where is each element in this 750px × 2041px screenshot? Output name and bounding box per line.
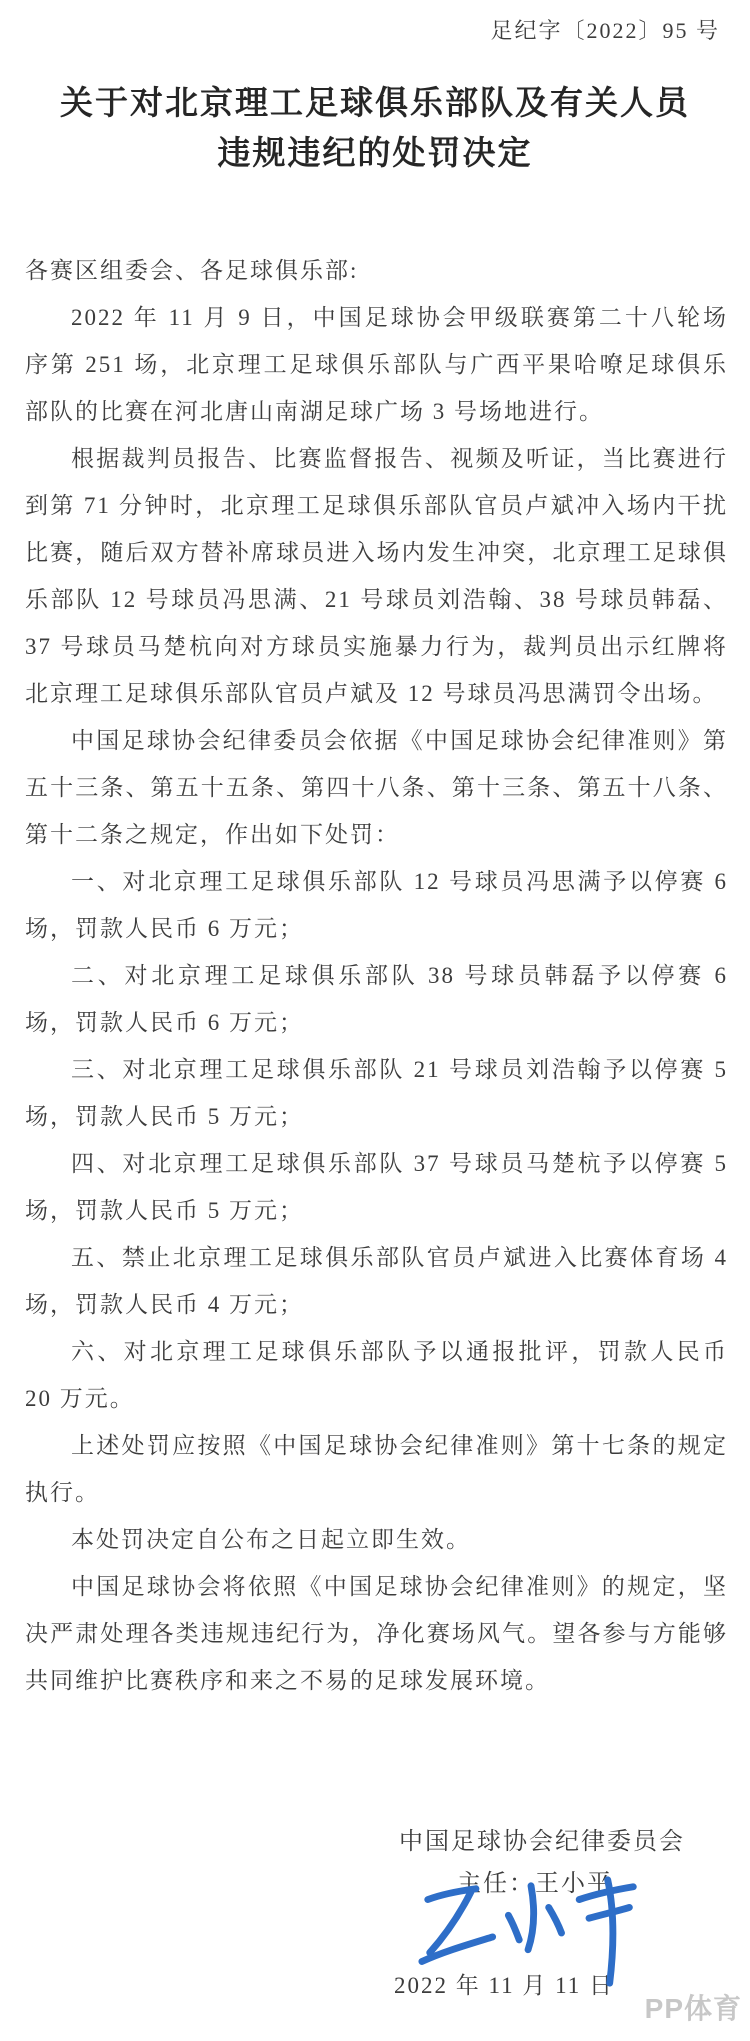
document-title-line-1: 关于对北京理工足球俱乐部队及有关人员 bbox=[0, 79, 750, 129]
paragraph-incident-description: 根据裁判员报告、比赛监督报告、视频及听证，当比赛进行到第 71 分钟时，北京理工… bbox=[25, 435, 728, 717]
penalty-item-6: 六、对北京理工足球俱乐部队予以通报批评，罚款人民币 20 万元。 bbox=[25, 1328, 728, 1422]
signature-block: 中国足球协会纪律委员会 主任：王小平 2022 年 11 月 11 日 bbox=[362, 1822, 722, 2006]
document-title-line-2: 违规违纪的处罚决定 bbox=[0, 129, 750, 179]
salutation: 各赛区组委会、各足球俱乐部: bbox=[25, 247, 728, 294]
document-page: { "page": { "background": "#ffffff", "te… bbox=[0, 0, 750, 2041]
paragraph-execution-clause: 上述处罚应按照《中国足球协会纪律准则》第十七条的规定执行。 bbox=[25, 1422, 728, 1516]
penalty-item-4: 四、对北京理工足球俱乐部队 37 号球员马楚杭予以停赛 5 场，罚款人民币 5 … bbox=[25, 1140, 728, 1234]
document-body: 各赛区组委会、各足球俱乐部: 2022 年 11 月 9 日，中国足球协会甲级联… bbox=[0, 247, 750, 1704]
document-title: 关于对北京理工足球俱乐部队及有关人员 违规违纪的处罚决定 bbox=[0, 79, 750, 179]
penalty-item-5: 五、禁止北京理工足球俱乐部队官员卢斌进入比赛体育场 4 场，罚款人民币 4 万元… bbox=[25, 1234, 728, 1328]
penalty-item-1: 一、对北京理工足球俱乐部队 12 号球员冯思满予以停赛 6 场，罚款人民币 6 … bbox=[25, 858, 728, 952]
penalty-item-2: 二、对北京理工足球俱乐部队 38 号球员韩磊予以停赛 6 场，罚款人民币 6 万… bbox=[25, 952, 728, 1046]
pp-sports-watermark: PP体育 bbox=[645, 1987, 742, 2027]
paragraph-rules-basis: 中国足球协会纪律委员会依据《中国足球协会纪律准则》第五十三条、第五十五条、第四十… bbox=[25, 717, 728, 858]
paragraph-effective-date: 本处罚决定自公布之日起立即生效。 bbox=[25, 1516, 728, 1563]
signature-signer-label: 主任：王小平 bbox=[362, 1864, 722, 1904]
penalty-item-3: 三、对北京理工足球俱乐部队 21 号球员刘浩翰予以停赛 5 场，罚款人民币 5 … bbox=[25, 1046, 728, 1140]
document-number: 足纪字〔2022〕95 号 bbox=[0, 0, 750, 45]
signature-organization: 中国足球协会纪律委员会 bbox=[362, 1822, 722, 1862]
paragraph-match-info: 2022 年 11 月 9 日，中国足球协会甲级联赛第二十八轮场序第 251 场… bbox=[25, 294, 728, 435]
paragraph-closing-statement: 中国足球协会将依照《中国足球协会纪律准则》的规定，坚决严肃处理各类违规违纪行为，… bbox=[25, 1563, 728, 1704]
